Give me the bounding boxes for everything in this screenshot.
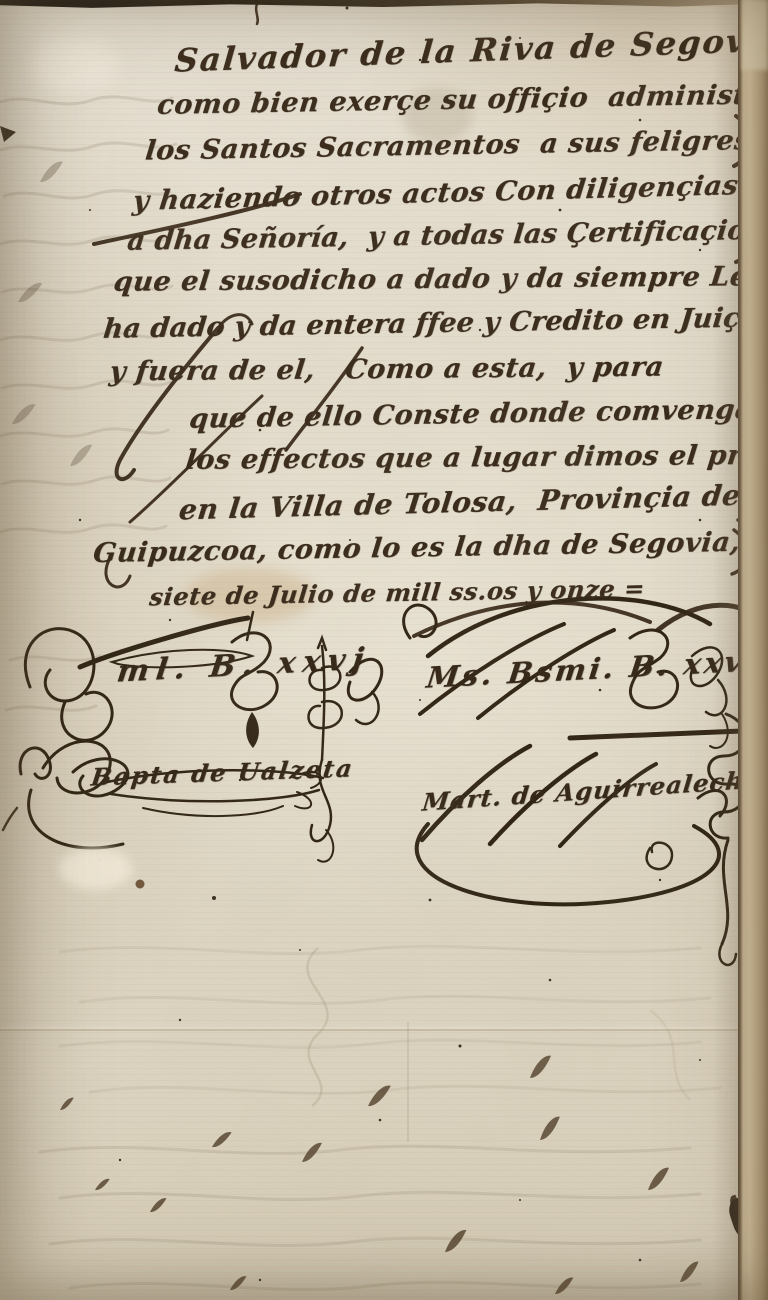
ink-bleed-commas <box>58 1055 764 1294</box>
binding-shadow <box>712 0 738 1300</box>
manuscript-line-8: y fuera de el, Como a esta, y para <box>108 352 666 388</box>
manuscript-page: Salvador de la Riva de Segovia, y como b… <box>0 0 768 1300</box>
left-edge-mark <box>0 126 16 142</box>
manuscript-line-10: los effectos que a lugar dimos el presen… <box>184 439 768 476</box>
manuscript-line-6: que el susodicho a dado y da siempre Le <box>112 261 750 298</box>
binding-edge <box>738 0 768 1300</box>
binding-edge-highlight <box>742 0 768 70</box>
brown-spot <box>136 880 145 889</box>
